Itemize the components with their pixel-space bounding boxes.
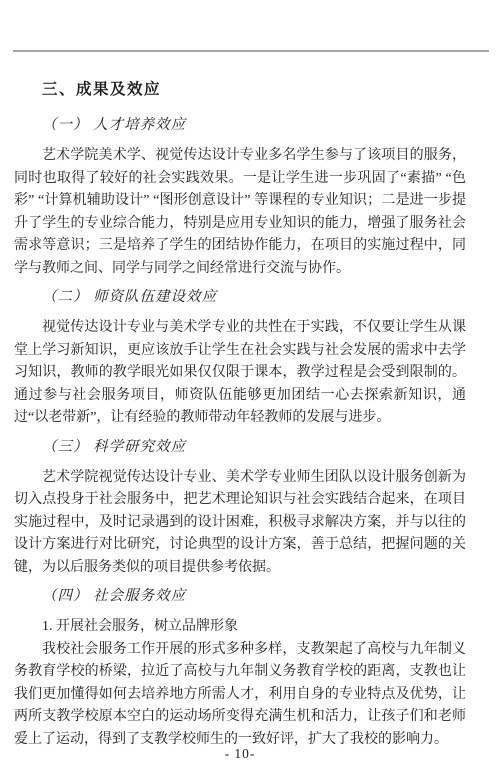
section-paragraph-talent-cultivation: 艺术学院美术学、视觉传达设计专业多名学生参与了该项目的服务，同时也取得了较好的社… [14,145,466,280]
document-title: 三、成果及效应 [42,78,466,100]
document-content: 三、成果及效应 （一） 人才培养效应 艺术学院美术学、视觉传达设计专业多名学生参… [14,52,466,751]
section-paragraph-faculty-building: 视觉传达设计专业与美术学专业的共性在于实践，不仅要让学生从课堂上学习新知识，更应… [14,317,466,430]
section-heading-faculty-building: （二） 师资队伍建设效应 [42,286,466,308]
section-heading-scientific-research: （三） 科学研究效应 [42,436,466,458]
section-heading-talent-cultivation: （一） 人才培养效应 [42,114,466,136]
page-number: - 10- [14,746,466,762]
section-paragraph-social-service: 我校社会服务工作开展的形式多种多样，支教架起了高校与九年制义务教育学校的桥梁，拉… [14,639,466,752]
subsection-heading-brand-image: 1. 开展社会服务，树立品牌形象 [14,616,466,639]
document-page: 三、成果及效应 （一） 人才培养效应 艺术学院美术学、视觉传达设计专业多名学生参… [0,0,502,779]
section-heading-social-service: （四） 社会服务效应 [42,585,466,607]
section-paragraph-scientific-research: 艺术学院视觉传达设计专业、美术学专业师生团队以设计服务创新为切入点投身于社会服务… [14,467,466,580]
